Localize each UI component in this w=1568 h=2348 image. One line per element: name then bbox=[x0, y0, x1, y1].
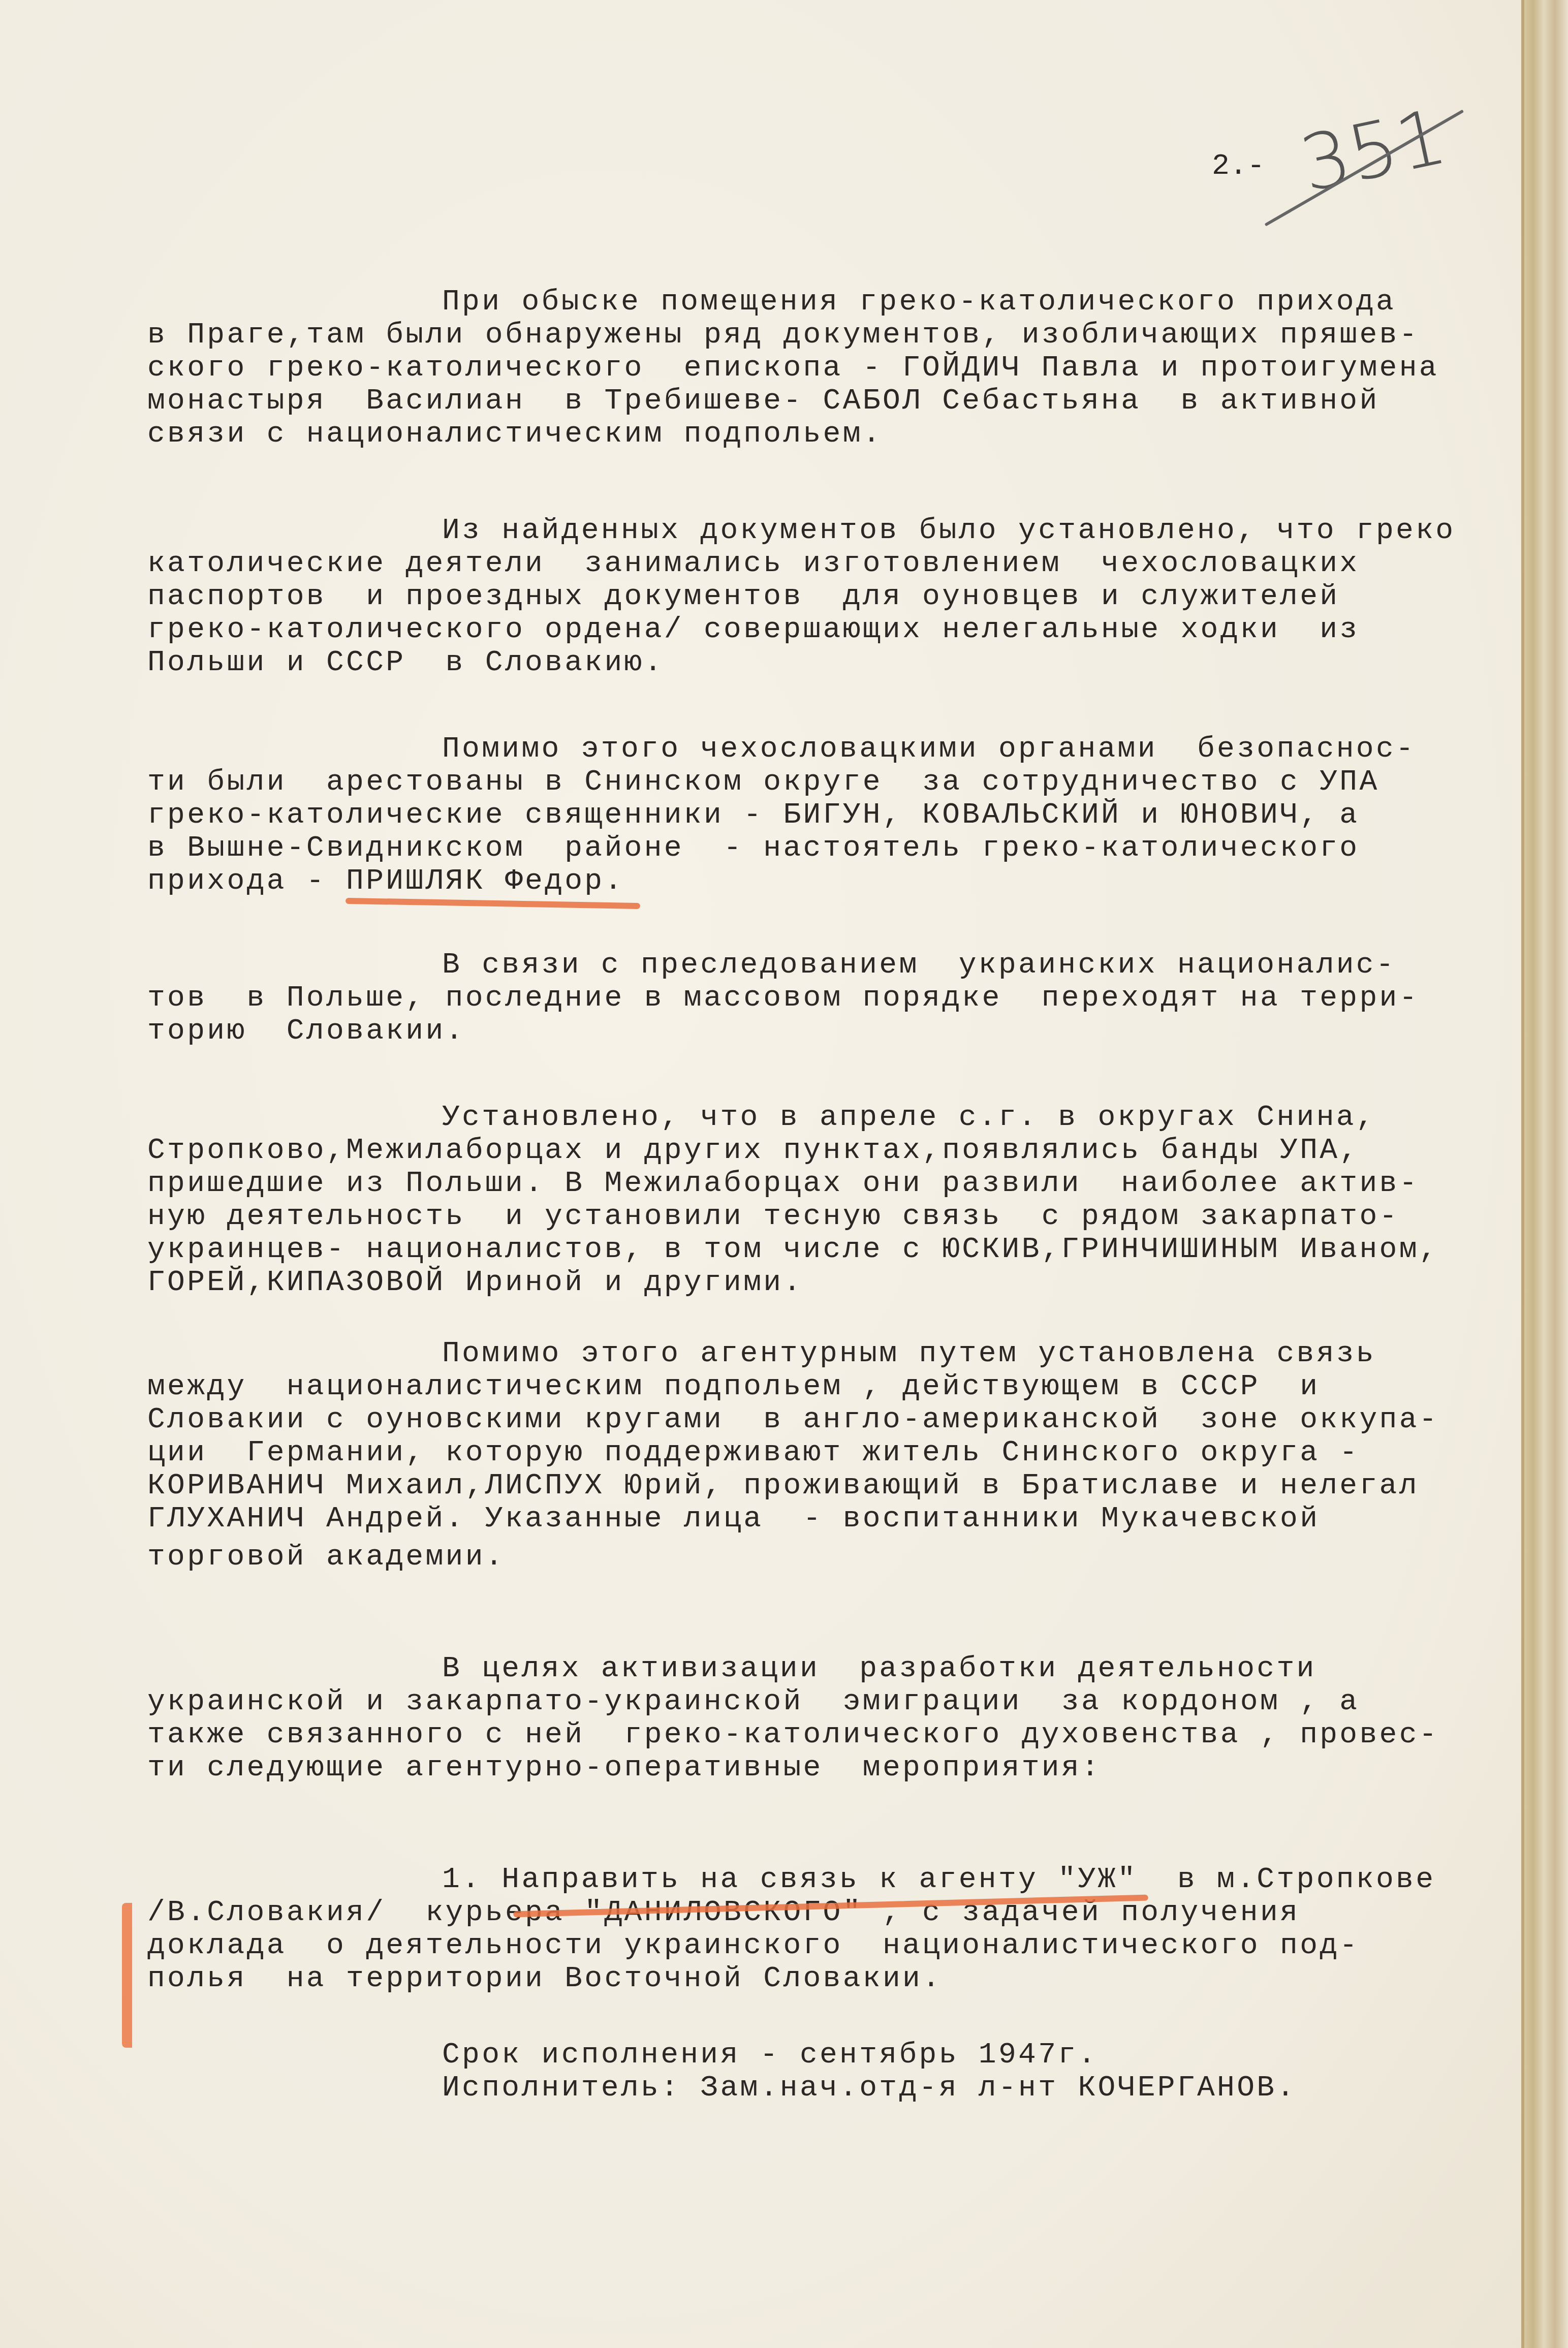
action-item-line: полья на территории Восточной Словакии. bbox=[147, 1961, 942, 1997]
paragraph-line: Польши и СССР в Словакию. bbox=[147, 645, 664, 681]
paragraph-line: Помимо этого агентурным путем установлен… bbox=[442, 1336, 1376, 1372]
paragraph-line: ную деятельность и установили тесную свя… bbox=[147, 1199, 1399, 1235]
paragraph-line: ти были арестованы в Снинском округе за … bbox=[147, 765, 1379, 800]
paragraph-line: ского греко-католического епископа - ГОЙ… bbox=[147, 351, 1439, 386]
paragraph-line: торию Словакии. bbox=[147, 1014, 465, 1049]
paragraph-line: При обыске помещения греко-католического… bbox=[442, 285, 1396, 320]
paragraph-line: Помимо этого чехословацкими органами без… bbox=[442, 732, 1416, 767]
paragraph-line: КОРИВАНИЧ Михаил,ЛИСПУХ Юрий, проживающи… bbox=[147, 1468, 1419, 1504]
paragraph-line: прихода - ПРИШЛЯК Федор. bbox=[147, 864, 624, 899]
paragraph-line: украинской и закарпато-украинской эмигра… bbox=[147, 1684, 1359, 1720]
paragraph-line: связи с националистическим подпольем. bbox=[147, 417, 883, 452]
paragraph-line: Из найденных документов было установлено… bbox=[442, 513, 1455, 549]
paragraph-line: в Праге,там были обнаружены ряд документ… bbox=[147, 318, 1419, 353]
paragraph-line: монастыря Василиан в Требишеве- САБОЛ Се… bbox=[147, 384, 1379, 419]
paragraph-line: В связи с преследованием украинских наци… bbox=[442, 948, 1396, 983]
paragraph-line: Установлено, что в апреле с.г. в округах… bbox=[442, 1100, 1376, 1136]
paragraph-line: ГЛУХАНИЧ Андрей. Указанные лица - воспит… bbox=[147, 1501, 1320, 1537]
paragraph-line: Стропково,Межилаборцах и других пунктах,… bbox=[147, 1133, 1359, 1169]
paragraph-line: паспортов и проездных документов для оун… bbox=[147, 579, 1339, 615]
executor-line: Исполнитель: Зам.нач.отд-я л-нт КОЧЕРГАН… bbox=[442, 2071, 1297, 2106]
paragraph-line: католические деятели занимались изготовл… bbox=[147, 546, 1359, 582]
paragraph-line: торговой академии. bbox=[147, 1540, 505, 1575]
paragraph-line: также связанного с ней греко-католическо… bbox=[147, 1717, 1439, 1753]
paragraph-line: греко-католические священники - БИГУН, К… bbox=[147, 798, 1359, 833]
paragraph-line: в Вышне-Свидникском районе - настоятель … bbox=[147, 831, 1359, 866]
document-body: При обыске помещения греко-католического… bbox=[147, 0, 1550, 1949]
paragraph-line: украинцев- националистов, в том числе с … bbox=[147, 1232, 1439, 1268]
paragraph-line: ции Германии, которую поддерживают жител… bbox=[147, 1435, 1359, 1471]
paragraph-line: ГОРЕЙ,КИПАЗОВОЙ Ириной и другими. bbox=[147, 1265, 803, 1301]
paragraph-line: ти следующие агентурно-оперативные мероп… bbox=[147, 1750, 1101, 1786]
paragraph-line: В целях активизации разработки деятельно… bbox=[442, 1651, 1316, 1687]
paragraph-line: между националистическим подпольем , дей… bbox=[147, 1369, 1320, 1405]
red-margin-bracket bbox=[122, 1903, 132, 2048]
paragraph-line: греко-католического ордена/ совершающих … bbox=[147, 612, 1359, 648]
paragraph-line: Словакии с оуновскими кругами в англо-ам… bbox=[147, 1402, 1439, 1438]
paragraph-line: пришедшие из Польши. В Межилаборцах они … bbox=[147, 1166, 1419, 1202]
action-item-line: 1. Направить на связь к агенту "УЖ" в м.… bbox=[442, 1862, 1435, 1898]
paragraph-line: тов в Польше, последние в массовом поряд… bbox=[147, 981, 1419, 1016]
deadline-line: Срок исполнения - сентябрь 1947г. bbox=[442, 2038, 1098, 2073]
action-item-line: доклада о деятельности украинского нацио… bbox=[147, 1928, 1359, 1964]
